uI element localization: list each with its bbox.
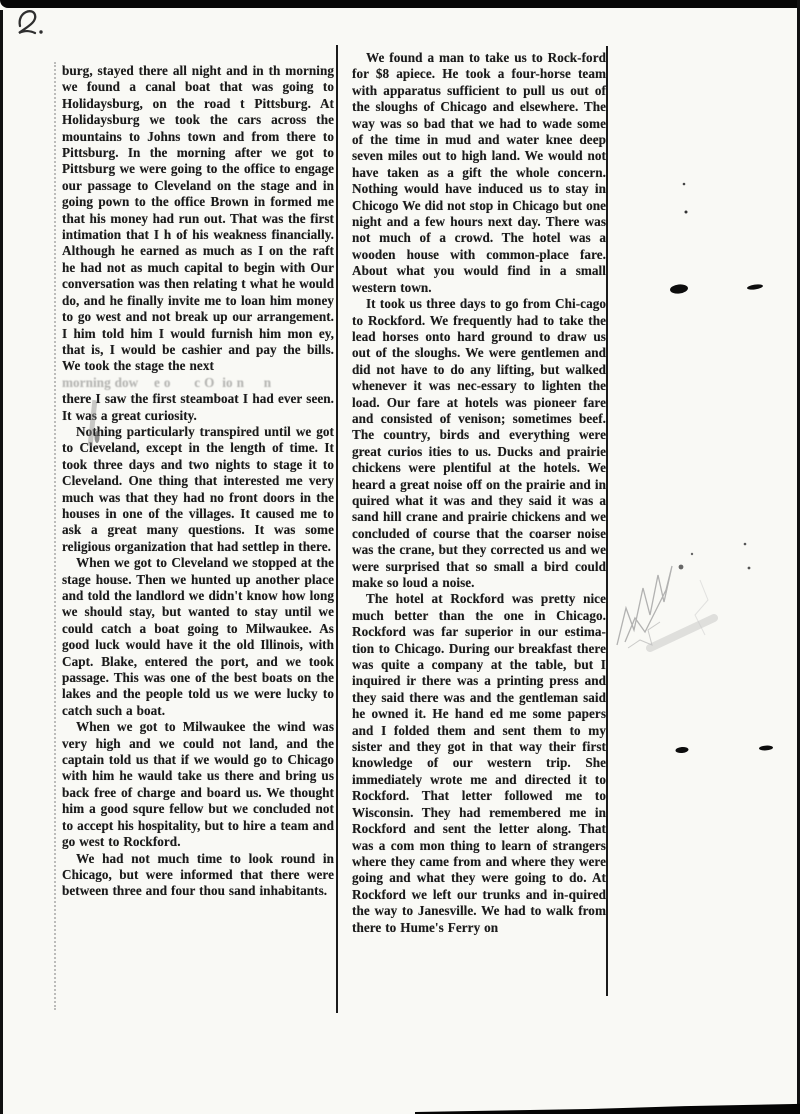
scan-edge-left <box>0 10 3 1114</box>
scanned-document-page: burg, stayed there all night and in th m… <box>0 0 800 1114</box>
paragraph-three-days-to-rockford: It took us three days to go from Chi-cag… <box>352 296 606 591</box>
scan-edge-top <box>0 0 800 8</box>
paragraph-continuation: there I saw the first steamboat I had ev… <box>62 391 334 424</box>
clipping-left-edge <box>54 62 56 1010</box>
left-column: burg, stayed there all night and in th m… <box>62 63 334 900</box>
paragraph-chicago-inhabitants: We had not much time to look round in Ch… <box>62 851 334 900</box>
paragraph-milwaukee-wind: When we got to Milwaukee the wind was ve… <box>62 719 334 850</box>
right-column: We found a man to take us to Rock-ford f… <box>352 50 606 936</box>
paragraph-rockford-hotel: The hotel at Rockford was pretty nice mu… <box>352 591 606 936</box>
right-column-rule <box>606 46 608 996</box>
ink-speck <box>683 183 751 570</box>
handwritten-page-number <box>19 11 43 34</box>
paragraph-cleveland-stage-house: When we got to Cleveland we stopped at t… <box>62 555 334 719</box>
faded-illegible-line: morning dow e o c O io n n <box>62 375 334 391</box>
paragraph-cleveland-trip: Nothing particularly transpired until we… <box>62 424 334 555</box>
scan-edge-bottom <box>415 1103 800 1114</box>
paragraph-rockford-wagon: We found a man to take us to Rock-ford f… <box>352 50 606 296</box>
ink-blot <box>670 284 774 754</box>
column-divider-rule <box>336 45 338 1013</box>
pencil-scribble <box>617 565 714 648</box>
paragraph-continued-from-previous-page: burg, stayed there all night and in th m… <box>62 63 334 375</box>
